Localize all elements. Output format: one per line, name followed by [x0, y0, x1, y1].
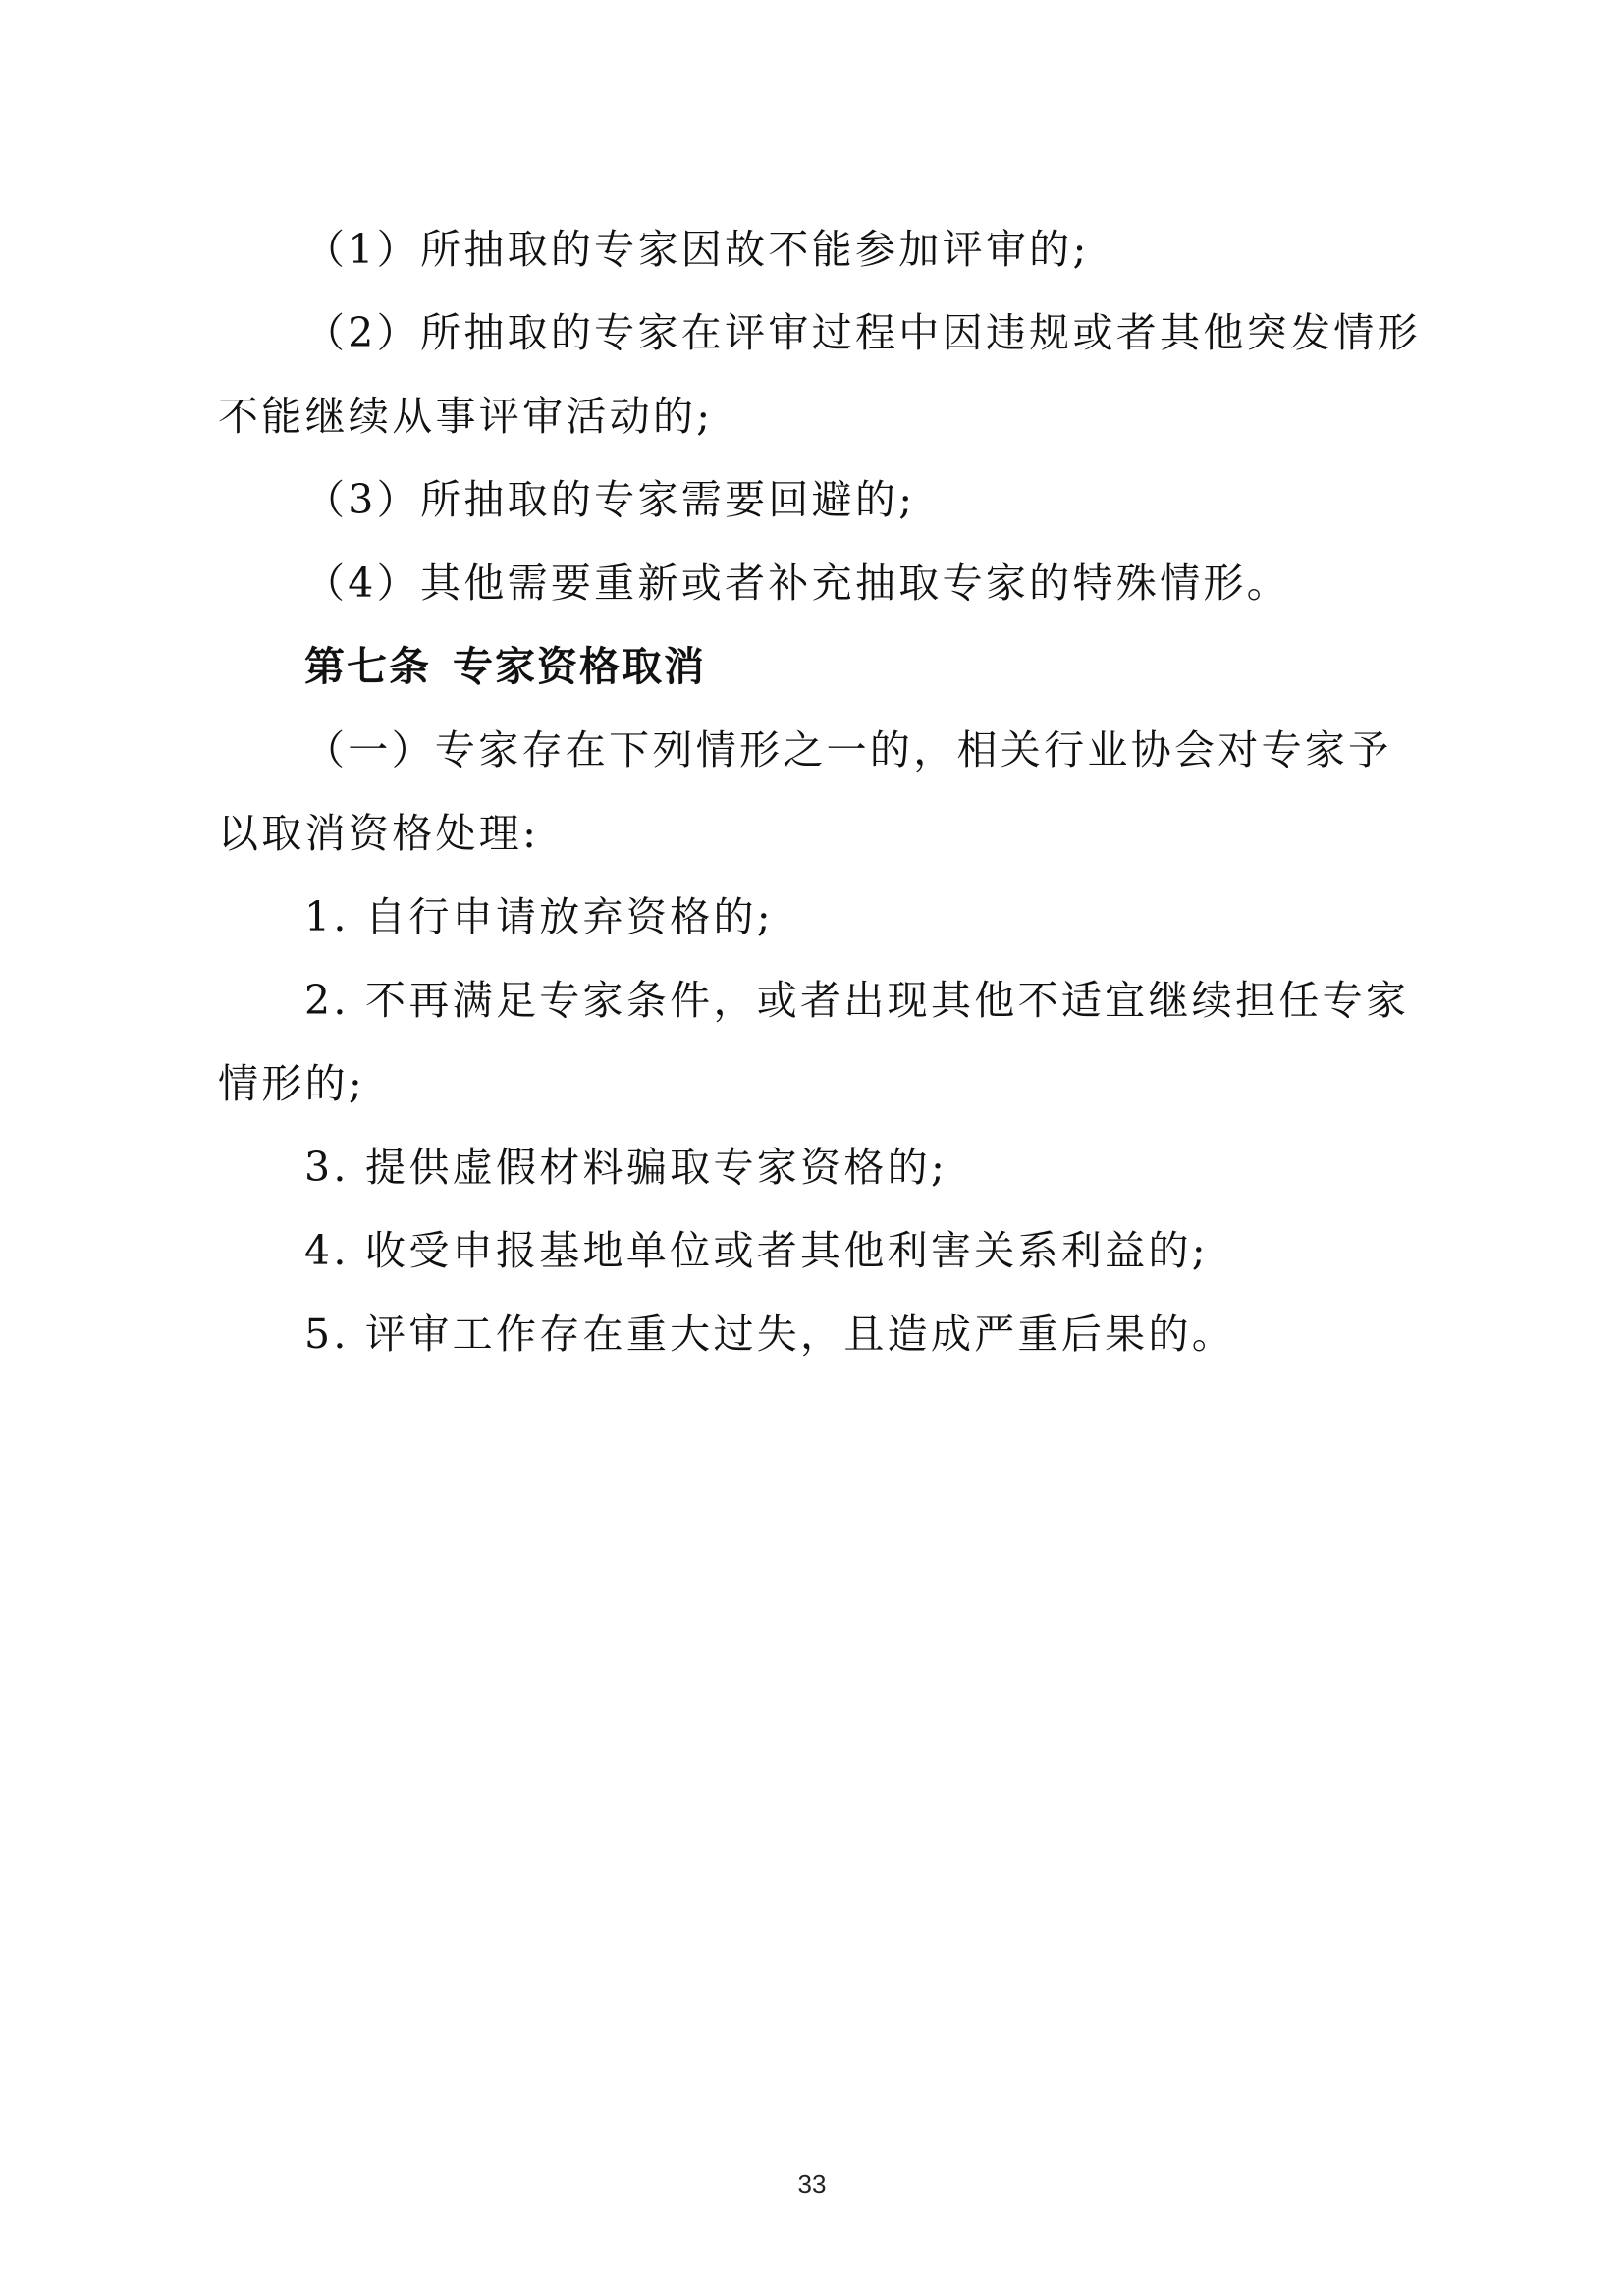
document-body: （1）所抽取的专家因故不能参加评审的; （2）所抽取的专家在评审过程中因违规或者… [218, 208, 1412, 1376]
condition-item-1: 1. 自行申请放弃资格的; [218, 876, 1412, 959]
condition-item-5: 5. 评审工作存在重大过失，且造成严重后果的。 [218, 1293, 1412, 1376]
clause-1-continuation: 以取消资格处理: [218, 792, 1412, 876]
list-item-1: （1）所抽取的专家因故不能参加评审的; [218, 208, 1412, 292]
condition-item-3: 3. 提供虚假材料骗取专家资格的; [218, 1126, 1412, 1209]
page-number: 33 [0, 2169, 1624, 2200]
condition-item-2: 2. 不再满足专家条件，或者出现其他不适宜继续担任专家 [218, 959, 1412, 1042]
list-item-3: （3）所抽取的专家需要回避的; [218, 458, 1412, 542]
list-item-2-continuation: 不能继续从事评审活动的; [218, 375, 1412, 458]
list-item-2: （2）所抽取的专家在评审过程中因违规或者其他突发情形 [218, 292, 1412, 375]
condition-item-2-continuation: 情形的; [218, 1042, 1412, 1126]
article-title: 专家资格取消 [453, 643, 706, 690]
list-item-4: （4）其他需要重新或者补充抽取专家的特殊情形。 [218, 542, 1412, 625]
condition-item-4: 4. 收受申报基地单位或者其他利害关系利益的; [218, 1209, 1412, 1293]
clause-1: （一）专家存在下列情形之一的，相关行业协会对专家予 [218, 709, 1412, 792]
section-heading: 第七条专家资格取消 [218, 625, 1412, 709]
article-number: 第七条 [304, 643, 431, 690]
